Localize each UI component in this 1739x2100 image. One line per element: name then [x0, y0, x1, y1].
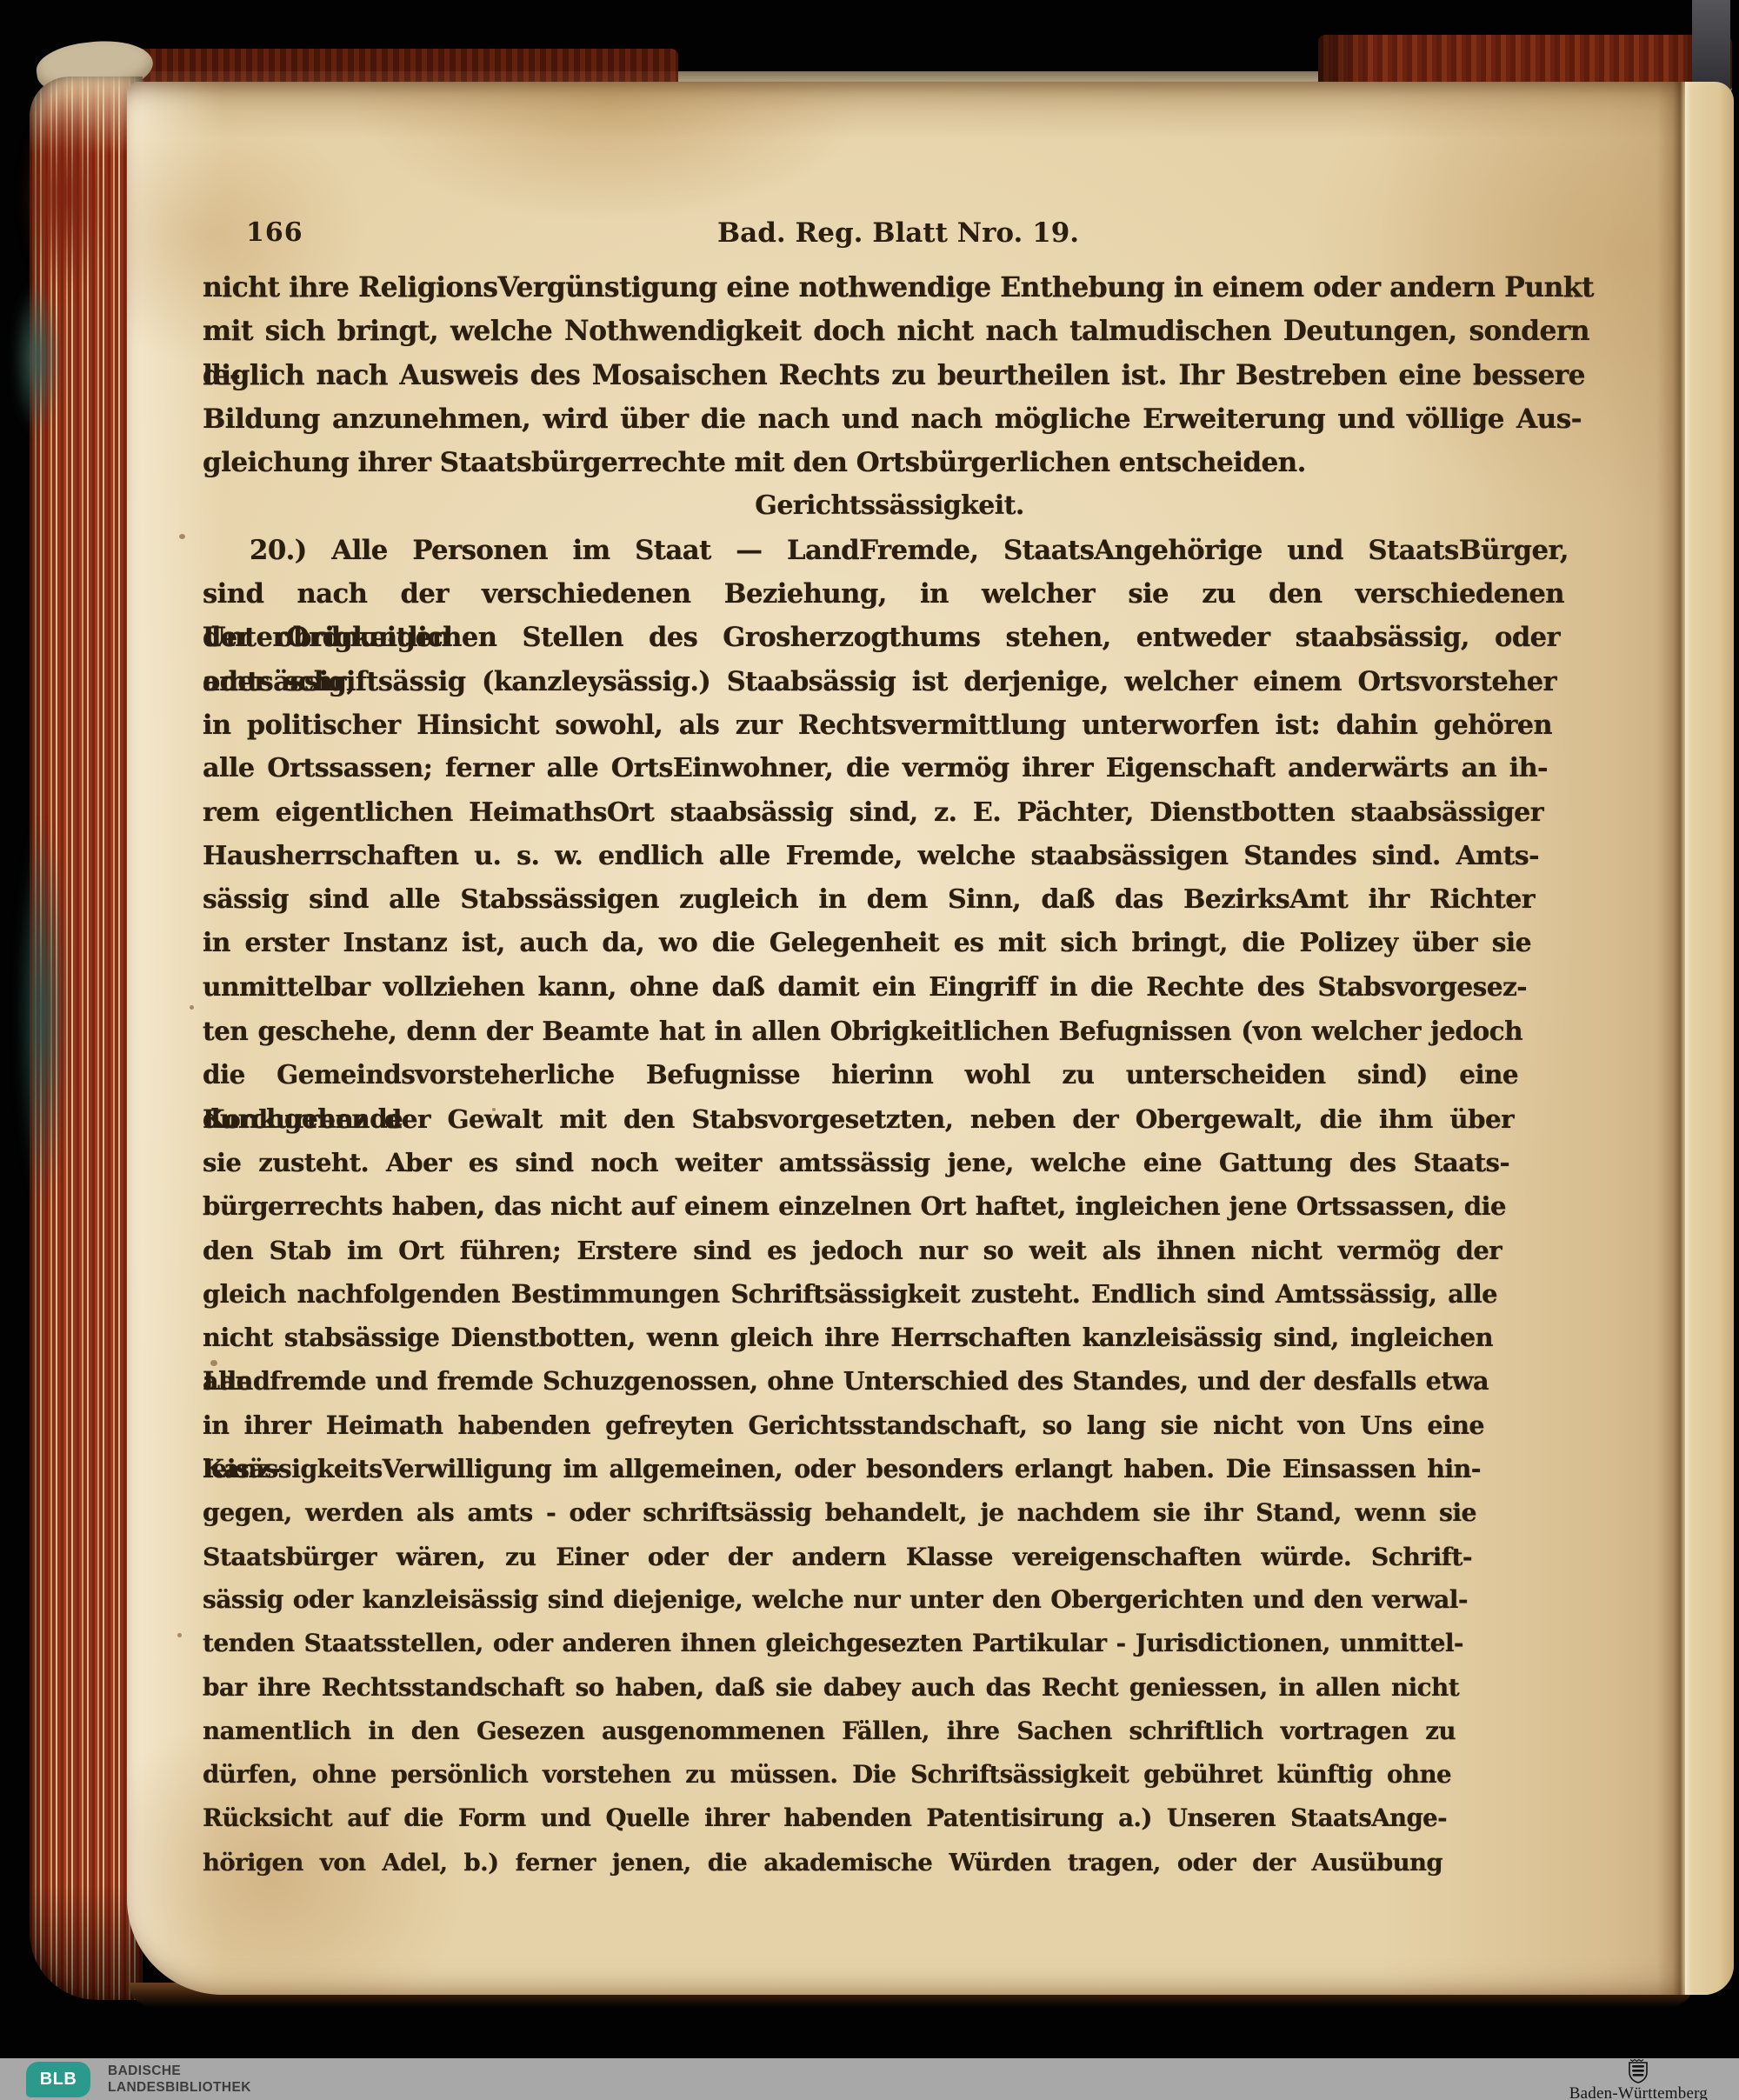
blb-logo: BLB: [26, 2062, 90, 2097]
cover-marbling-spot: [23, 96, 106, 296]
text-line: Bildung anzunehmen, wird über die nach u…: [203, 397, 1582, 441]
text-line: 20.) Alle Personen im Staat — LandFremde…: [203, 529, 1569, 572]
scanned-book-photo: 166 Bad. Reg. Blatt Nro. 19. nicht ihre …: [0, 0, 1739, 2058]
page-header-row: 166 Bad. Reg. Blatt Nro. 19.: [203, 217, 1594, 257]
page-number: 166: [246, 217, 303, 248]
text-line: Landfremde und fremde Schuzgenossen, ohn…: [203, 1359, 1489, 1403]
text-line: ten geschehe, denn der Beamte hat in all…: [203, 1010, 1522, 1053]
text-line: in erster Instanz ist, auch da, wo die G…: [203, 922, 1531, 965]
text-line: Konkurrenz der Gewalt mit den Stabsvorge…: [203, 1097, 1514, 1141]
text-line: sie zusteht. Aber es sind noch weiter am…: [203, 1141, 1509, 1184]
text-line: nicht ihre ReligionsVergünstigung eine n…: [203, 266, 1594, 310]
text-line: sind nach der verschiedenen Beziehung, i…: [203, 572, 1564, 616]
text-line: hörigen von Adel, b.) ferner jenen, die …: [203, 1841, 1443, 1884]
text-line: bürgerrechts haben, das nicht auf einem …: [203, 1184, 1506, 1228]
text-line: Hausherrschaften u. s. w. endlich alle F…: [203, 835, 1539, 878]
text-line: tenden Staatsstellen, oder anderen ihnen…: [203, 1622, 1463, 1665]
text-line: in politischer Hinsicht sowohl, als zur …: [203, 703, 1552, 747]
cover-marbling-spot: [12, 280, 61, 437]
text-line: leisässigkeitsVerwilligung im allgemeine…: [203, 1447, 1481, 1490]
text-line: namentlich in den Gesezen ausgenommenen …: [203, 1710, 1456, 1753]
text-line: diglich nach Ausweis des Mosaischen Rech…: [203, 354, 1585, 397]
text-line: alle Ortssassen; ferner alle OrtsEinwohn…: [203, 747, 1548, 790]
page-stain: [179, 534, 185, 539]
baden-wuerttemberg-crest-icon: [1627, 2059, 1649, 2083]
text-line: den Stab im Ort führen; Erstere sind es …: [203, 1229, 1502, 1272]
page-stain: [190, 1005, 194, 1010]
cover-marbling-spot: [16, 817, 68, 1209]
book-spine-cloth-left: [122, 49, 678, 85]
text-line: sässig sind alle Stabssässigen zugleich …: [203, 878, 1535, 922]
region-label: Baden-Württemberg: [1569, 2084, 1708, 2100]
page-stain: [177, 1633, 182, 1637]
text-line: sässig oder kanzleisässig sind diejenige…: [203, 1578, 1468, 1622]
text-line: mit sich bringt, welche Nothwendigkeit d…: [203, 310, 1589, 353]
library-name: BADISCHE LANDESBIBLIOTHEK: [108, 2063, 251, 2096]
page-fold-shadow: [1657, 82, 1685, 1995]
running-header: Bad. Reg. Blatt Nro. 19.: [717, 217, 1079, 249]
text-line: unmittelbar vollziehen kann, ohne daß da…: [203, 966, 1527, 1010]
text-line: nicht stabsässige Dienstbotten, wenn gle…: [203, 1316, 1493, 1359]
text-line: oder schriftsässig (kanzleysässig.) Staa…: [203, 660, 1556, 703]
text-line: bar ihre Rechtsstandschaft so haben, daß…: [203, 1666, 1459, 1710]
text-line: in ihrer Heimath habenden gefreyten Geri…: [203, 1403, 1484, 1447]
text-line: die Gemeindsvorsteherliche Befugnisse hi…: [203, 1053, 1518, 1097]
library-footer-bar: BLB BADISCHE LANDESBIBLIOTHEK Baden-Würt…: [0, 2058, 1739, 2100]
page-text-block: nicht ihre ReligionsVergünstigung eine n…: [203, 266, 1594, 1884]
section-heading: Gerichtssässigkeit.: [203, 484, 1576, 528]
text-line: gleich nachfolgenden Bestimmungen Schrif…: [203, 1272, 1497, 1316]
book-spine-cloth-right: [1318, 35, 1732, 89]
scanned-page: 166 Bad. Reg. Blatt Nro. 19. nicht ihre …: [127, 82, 1734, 1995]
text-line: Rücksicht auf die Form und Quelle ihrer …: [203, 1797, 1447, 1840]
region-branding: Baden-Württemberg: [1569, 2059, 1708, 2100]
library-name-line2: LANDESBIBLIOTHEK: [108, 2079, 251, 2096]
library-name-line1: BADISCHE: [108, 2063, 251, 2079]
text-line: der obrigkeitlichen Stellen des Grosherz…: [203, 616, 1560, 659]
text-line: gegen, werden als amts - oder schriftsäs…: [203, 1490, 1476, 1534]
text-line: rem eigentlichen HeimathsOrt staabsässig…: [203, 791, 1543, 835]
adjacent-page-edge: [1685, 82, 1734, 1995]
text-line: Staatsbürger wären, zu Einer oder der an…: [203, 1535, 1472, 1578]
text-line: gleichung ihrer Staatsbürgerrechte mit d…: [203, 441, 1577, 484]
library-branding: BLB BADISCHE LANDESBIBLIOTHEK: [26, 2061, 251, 2097]
text-line: dürfen, ohne persönlich vorstehen zu müs…: [203, 1753, 1451, 1797]
